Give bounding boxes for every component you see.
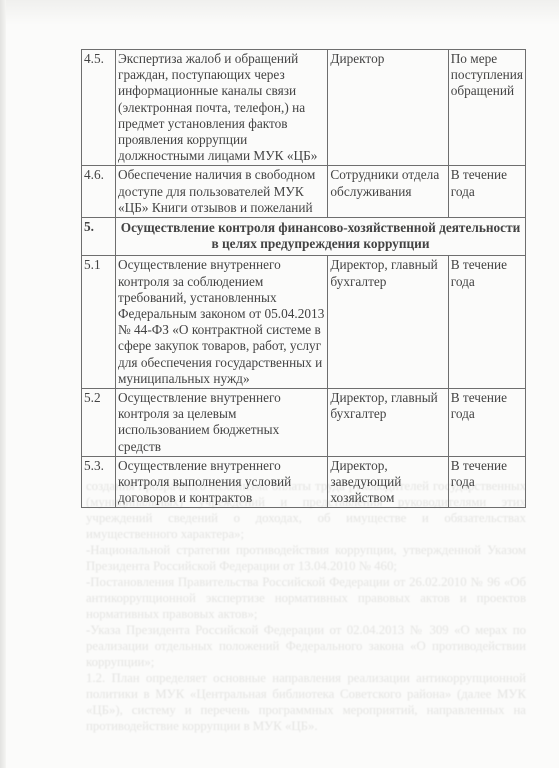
section-row-5: 5. Осуществление контроля финансово-хозя… [82, 218, 526, 256]
row-number: 4.5. [82, 50, 116, 166]
paper-edge-shadow [0, 0, 6, 768]
row-term: По мере поступления обращений [448, 50, 525, 166]
row-task: Обеспечение наличия в свободном доступе … [116, 166, 328, 218]
table-row-5-3: 5.3. Осуществление внутреннего контроля … [82, 456, 526, 508]
row-number: 5.2 [82, 389, 116, 457]
table-row-5-2: 5.2 Осуществление внутреннего контроля з… [82, 389, 526, 457]
row-responsible: Директор [328, 50, 448, 166]
ghost-line: 1.2. План определяет основные направлени… [86, 670, 526, 734]
row-task: Экспертиза жалоб и обращений граждан, по… [116, 50, 328, 166]
table-row-4-5: 4.5. Экспертиза жалоб и обращений гражда… [82, 50, 526, 166]
row-task: Осуществление внутреннего контроля за со… [116, 256, 328, 389]
table-row-4-6: 4.6. Обеспечение наличия в свободном дос… [82, 166, 526, 218]
row-term: В течение года [448, 456, 525, 508]
row-responsible: Директор, главный бухгалтер [328, 389, 448, 457]
row-responsible: Сотрудники отдела обслуживания [328, 166, 448, 218]
ghost-line: -Указа Президента Российской Федерации о… [86, 622, 526, 670]
row-responsible: Директор, главный бухгалтер [328, 256, 448, 389]
row-task: Осуществление внутреннего контроля выпол… [116, 456, 328, 508]
row-term: В течение года [448, 166, 525, 218]
row-number: 5.1 [82, 256, 116, 389]
table-row-5-1: 5.1 Осуществление внутреннего контроля з… [82, 256, 526, 389]
row-number: 4.6. [82, 166, 116, 218]
reverse-side-show-through: создания прозрачного механизма оплаты тр… [86, 478, 526, 734]
section-title: Осуществление контроля финансово-хозяйст… [116, 218, 526, 256]
row-task: Осуществление внутреннего контроля за це… [116, 389, 328, 457]
row-responsible: Директор, заведующий хозяйством [328, 456, 448, 508]
row-term: В течение года [448, 389, 525, 457]
section-number: 5. [82, 218, 116, 256]
ghost-line: -Постановления Правительства Российской … [86, 574, 526, 622]
row-term: В течение года [448, 256, 525, 389]
ghost-line: -Национальной стратегии противодействия … [86, 542, 526, 574]
row-number: 5.3. [82, 456, 116, 508]
anti-corruption-plan-table: 4.5. Экспертиза жалоб и обращений гражда… [81, 49, 526, 508]
